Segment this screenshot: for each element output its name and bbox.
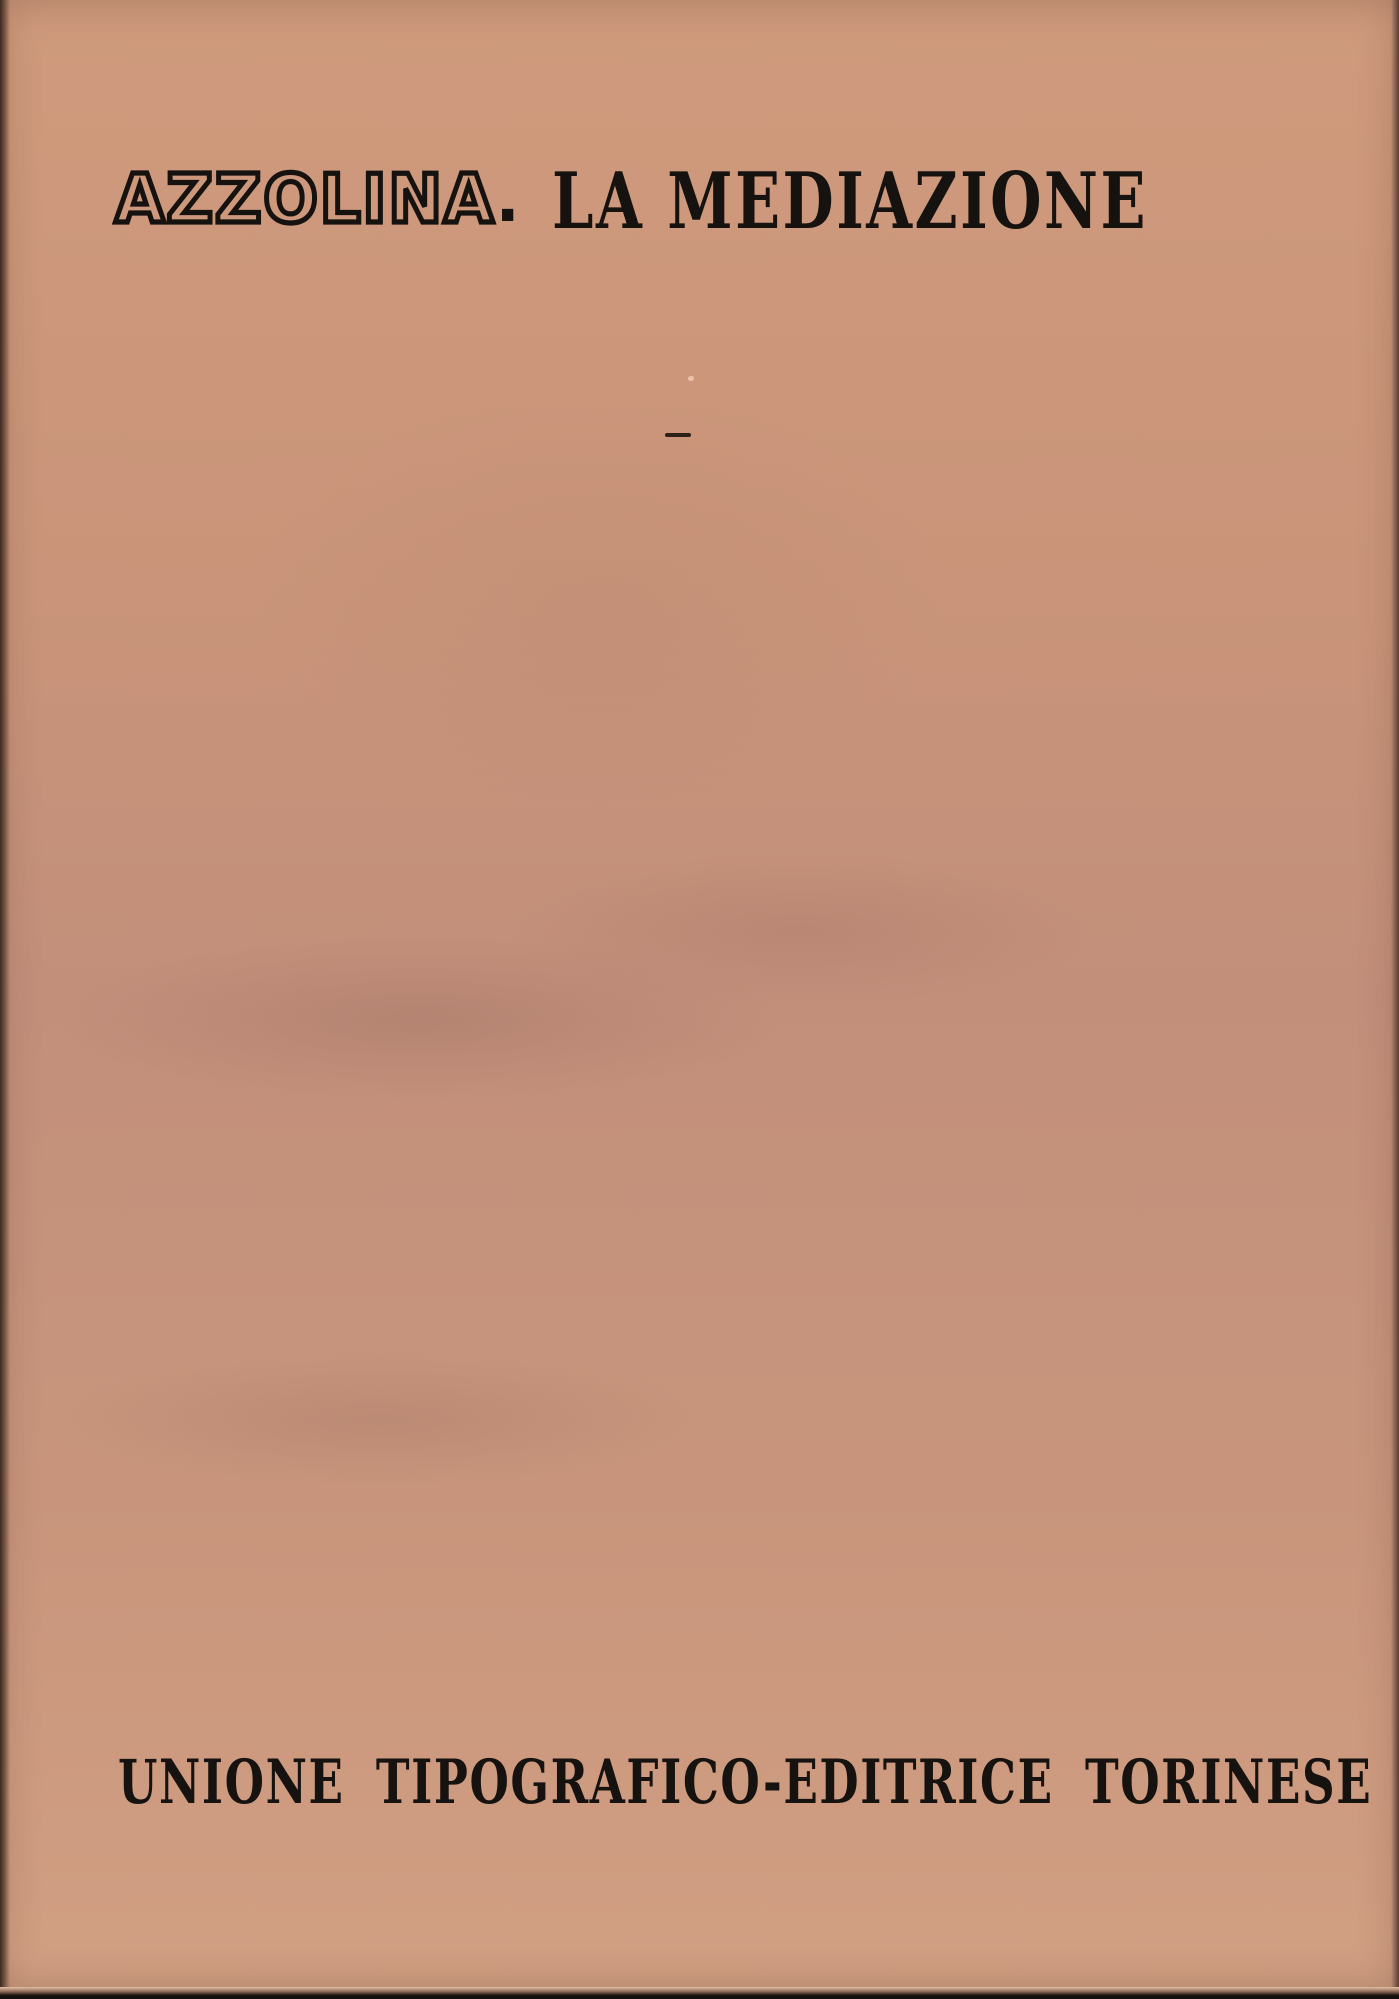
publisher-name: UNIONE TIPOGRAFICO-EDITRICE TORINESE [118,1746,1015,1815]
author-name: AZZOLINA [115,161,495,239]
paper-blemish [688,376,694,381]
book-title: LA MEDIAZIONE [552,154,1148,246]
right-edge [1391,0,1399,1990]
spine-edge [0,0,10,1990]
book-cover: AZZOLINA . LA MEDIAZIONE UNIONE TIPOGRAF… [0,0,1399,1990]
cover-title-line: AZZOLINA . LA MEDIAZIONE [115,160,1265,240]
paper-blemish [665,433,691,437]
author-separator: . [495,163,519,237]
bottom-edge [0,1987,1399,1999]
